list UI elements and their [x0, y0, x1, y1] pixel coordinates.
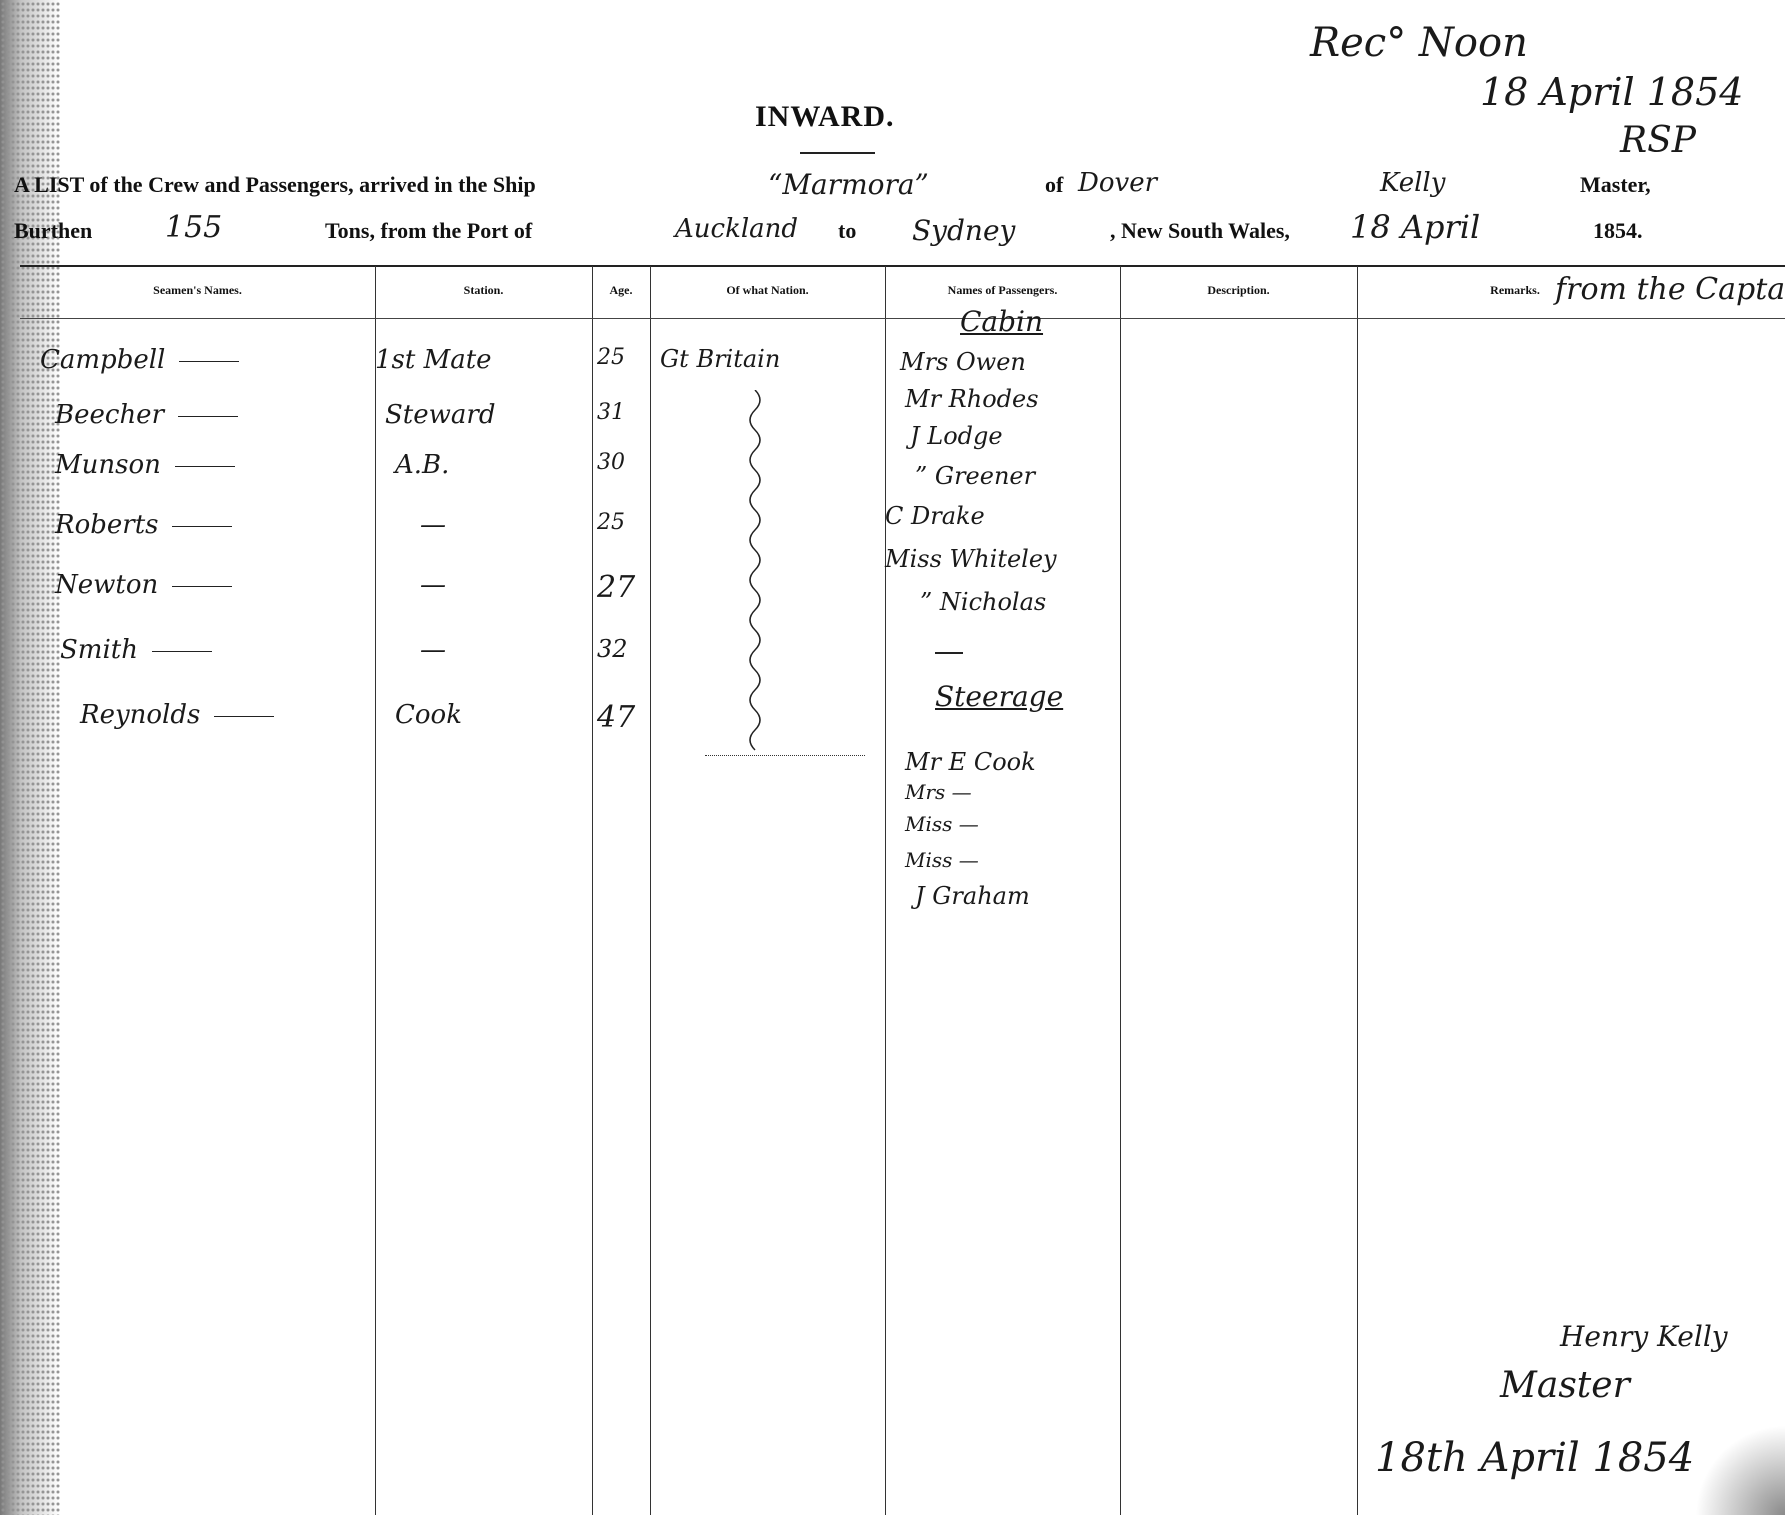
burthen-value: 155 — [165, 210, 222, 245]
received-note-line1: Rec° Noon — [1310, 20, 1528, 66]
crew-name: Smith — [60, 635, 212, 665]
from-port: Auckland — [675, 214, 798, 244]
signature-role: Master — [1500, 1365, 1630, 1406]
to-port: Sydney — [912, 214, 1015, 247]
received-note-initials: RSP — [1620, 120, 1696, 161]
crew-name: Newton — [55, 570, 232, 600]
passenger-name: Miss Whiteley — [885, 545, 1057, 573]
crew-name: Beecher — [55, 400, 238, 430]
column-header-seamen: Seamen's Names. — [20, 283, 375, 298]
crew-station: A.B. — [395, 450, 449, 480]
header-rule — [1120, 318, 1357, 319]
passenger-name: ” Greener — [915, 462, 1035, 490]
passenger-name: Mr E Cook — [905, 748, 1036, 776]
passenger-name: J Graham — [915, 882, 1030, 910]
page-title: INWARD. — [755, 100, 895, 134]
master-name: Kelly — [1380, 168, 1445, 198]
passenger-name: C Drake — [885, 502, 985, 530]
crew-age: 32 — [597, 635, 628, 663]
nsw-label: , New South Wales, — [1110, 218, 1290, 244]
steerage-label: Steerage — [935, 680, 1063, 713]
master-label: Master, — [1580, 172, 1651, 198]
crew-name: Roberts — [55, 510, 232, 540]
to-label: to — [838, 218, 856, 244]
column-header-nation: Of what Nation. — [650, 283, 885, 298]
title-underline — [800, 152, 875, 154]
crew-station: Steward — [385, 400, 495, 430]
burthen-label: Burthen — [14, 218, 92, 244]
crew-age: 47 — [597, 700, 635, 735]
column-header-remarks: Remarks. — [1485, 283, 1545, 298]
column-divider-description — [1120, 266, 1121, 1515]
scan-corner-shadow — [1695, 1425, 1785, 1515]
crew-nation: Gt Britain — [660, 345, 780, 373]
ship-name: “Marmora” — [768, 168, 929, 201]
header-rule — [592, 318, 650, 319]
arrival-year: 1854. — [1593, 218, 1643, 244]
crew-name: Reynolds — [80, 700, 274, 730]
header-rule — [375, 318, 592, 319]
arrival-date: 18 April — [1350, 208, 1480, 246]
crew-age: 25 — [597, 510, 625, 535]
column-header-passengers: Names of Passengers. — [885, 283, 1120, 298]
column-header-description: Description. — [1120, 283, 1357, 298]
crew-age: 31 — [597, 400, 625, 425]
crew-station: — — [420, 570, 446, 600]
header-list-prefix: A LIST of the Crew and Passengers, arriv… — [14, 172, 536, 198]
crew-age: 30 — [597, 450, 625, 475]
tons-from-port-label: Tons, from the Port of — [325, 218, 532, 244]
crew-name: Munson — [55, 450, 235, 480]
passenger-name: ” Nicholas — [920, 588, 1046, 616]
cabin-label: Cabin — [960, 305, 1043, 338]
header-rule — [1357, 318, 1785, 319]
column-divider-age — [592, 266, 593, 1515]
header-rule — [650, 318, 885, 319]
crew-station: 1st Mate — [375, 345, 492, 375]
dotted-closing-rule — [705, 755, 865, 756]
table-top-rule — [20, 265, 1785, 267]
column-divider-remarks — [1357, 266, 1358, 1515]
column-header-age: Age. — [592, 283, 650, 298]
passenger-name: J Lodge — [910, 422, 1003, 450]
crew-age: 25 — [597, 345, 625, 370]
crew-station: Cook — [395, 700, 462, 730]
of-label: of — [1045, 172, 1063, 198]
column-header-station: Station. — [375, 283, 592, 298]
ditto-wavy-line — [730, 390, 780, 760]
passenger-name: Mrs Owen — [900, 348, 1026, 376]
received-note-date: 18 April 1854 — [1480, 70, 1743, 114]
remarks-note: from the Captain — [1555, 272, 1785, 307]
passenger-name: Mr Rhodes — [905, 385, 1039, 413]
passenger-name: Miss — — [905, 848, 979, 872]
crew-age: 27 — [597, 570, 635, 605]
passenger-name: Mrs — — [905, 780, 972, 804]
signature-name: Henry Kelly — [1560, 1320, 1728, 1353]
separator-dash — [935, 652, 963, 654]
column-divider-passengers — [885, 266, 886, 1515]
crew-station: — — [420, 635, 446, 665]
column-divider-station — [375, 266, 376, 1515]
crew-name: Campbell — [40, 345, 239, 375]
column-divider-nation — [650, 266, 651, 1515]
crew-station: — — [420, 510, 446, 540]
home-port: Dover — [1078, 168, 1157, 198]
passenger-name: Miss — — [905, 812, 979, 836]
header-rule — [20, 318, 375, 319]
signature-date: 18th April 1854 — [1375, 1435, 1694, 1481]
